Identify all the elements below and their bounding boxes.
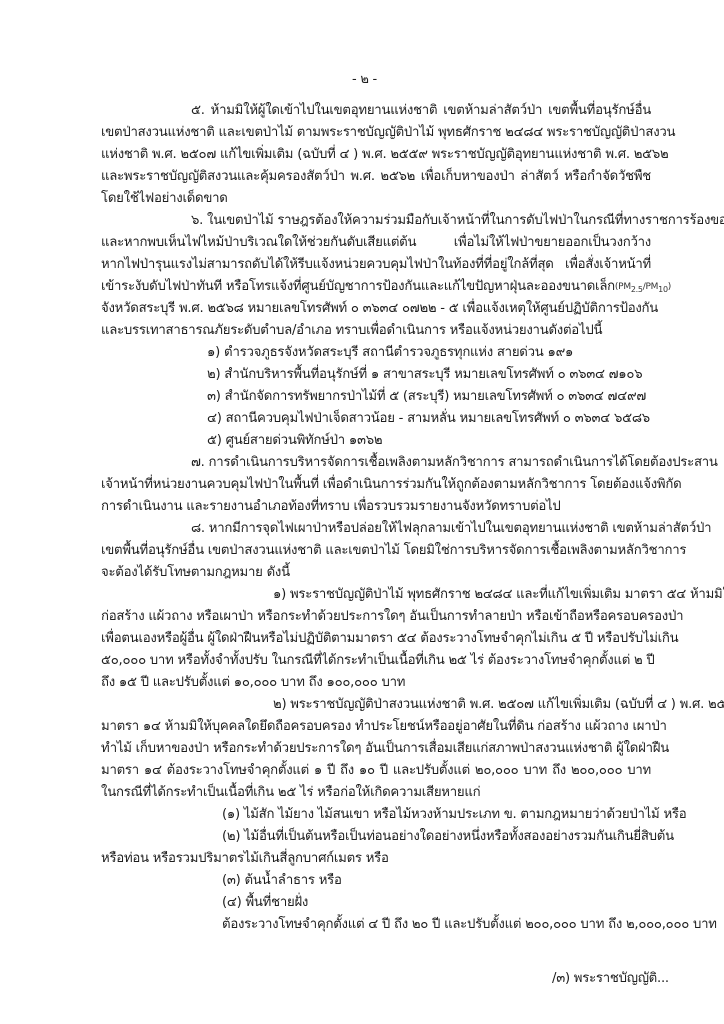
- law-2-line: ในกรณีที่ได้กระทำเป็นเนื้อที่เกิน ๒๕ ไร่…: [101, 783, 480, 803]
- pm-sub-a: 2.5: [631, 285, 643, 294]
- law-1-line: เพื่อตนเองหรือผู้อื่น ผู้ใดฝ่าฝืนหรือไม่…: [101, 629, 651, 649]
- law-2-line: ทำไม้ เก็บหาของป่า หรือกระทำด้วยประการใด…: [101, 739, 651, 759]
- paragraph-line: ๖. ในเขตป่าไม้ ราษฎรต้องให้ความร่วมมือกั…: [191, 211, 651, 231]
- contact-item: ๕) ศูนย์สายด่วนพิทักษ์ป่า ๑๓๖๒: [207, 431, 382, 451]
- paragraph-line: จะต้องได้รับโทษตามกฎหมาย ดังนี้: [101, 563, 290, 583]
- paragraph-line: การดำเนินงาน และรายงานอำเภอท้องที่ทราบ เ…: [101, 497, 561, 517]
- law-2-item: (๑) ไม้สัก ไม้ยาง ไม้สนเขา หรือไม้หวงห้า…: [222, 805, 686, 825]
- law-1-line: ๑) พระราชบัญญัติป่าไม้ พุทธศักราช ๒๔๘๔ แ…: [273, 585, 651, 605]
- law-2-line: มาตรา ๑๔ ต้องระวางโทษจำคุกตั้งแต่ ๑ ปี ถ…: [101, 761, 651, 781]
- law-2-penalty: ต้องระวางโทษจำคุกตั้งแต่ ๔ ปี ถึง ๒๐ ปี …: [222, 915, 717, 935]
- law-1-line: ก่อสร้าง แผ้วถาง หรือเผาป่า หรือกระทำด้ว…: [101, 607, 651, 627]
- paragraph-line: ๗. การดำเนินการบริหารจัดการเชื้อเพลิงตาม…: [191, 453, 651, 473]
- paragraph-line: แห่งชาติ พ.ศ. ๒๕๐๗ แก้ไขเพิ่มเติม (ฉบับท…: [101, 145, 651, 165]
- paragraph-line: และพระราชบัญญัติสงวนและคุ้มครองสัตว์ป่า …: [101, 167, 651, 187]
- law-2-item: (๔) พื้นที่ชายฝั่ง: [222, 893, 308, 913]
- paragraph-line: เข้าระงับดับไฟป่าทันที หรือโทรแจ้งที่ศูน…: [101, 277, 653, 300]
- paragraph-line-text: เข้าระงับดับไฟป่าทันที หรือโทรแจ้งที่ศูน…: [101, 277, 615, 300]
- paragraph-line: จังหวัดสระบุรี พ.ศ. ๒๕๖๘ หมายเลขโทรศัพท์…: [101, 299, 651, 319]
- contact-item: ๓) สำนักจัดการทรัพยากรป่าไม้ที่ ๕ (สระบุ…: [207, 387, 646, 407]
- paragraph-line: โดยใช้ไฟอย่างเด็ดขาด: [101, 189, 228, 209]
- paragraph-line: ๘. หากมีการจุดไฟเผาป่าหรือปล่อยให้ไฟลุกล…: [191, 519, 651, 539]
- pm-open: (PM: [615, 282, 631, 292]
- law-2-item: (๓) ต้นน้ำลำธาร หรือ: [222, 871, 342, 891]
- paragraph-line: เจ้าหน้าที่หน่วยงานควบคุมไฟป่าในพื้นที่ …: [101, 475, 651, 495]
- paragraph-line: และบรรเทาสาธารณภัยระดับตำบล/อำเภอ ทราบเพ…: [101, 321, 602, 341]
- pm-note: (PM2.5/PM10): [615, 277, 671, 300]
- contact-item: ๒) สำนักบริหารพื้นที่อนุรักษ์ที่ ๑ สาขาส…: [207, 365, 642, 385]
- continuation-note: /๓) พระราชบัญญัติ...: [552, 969, 669, 989]
- paragraph-line: และหากพบเห็นไฟไหม้ป่าบริเวณใดให้ช่วยกันด…: [101, 233, 651, 253]
- paragraph-line: เขตป่าสงวนแห่งชาติ และเขตป่าไม้ ตามพระรา…: [101, 123, 651, 143]
- paragraph-line: เขตพื้นที่อนุรักษ์อื่น เขตป่าสงวนแห่งชาต…: [101, 541, 651, 561]
- law-2-line: ๒) พระราชบัญญัติป่าสงวนแห่งชาติ พ.ศ. ๒๕๐…: [273, 695, 651, 715]
- pm-slash: /PM: [643, 282, 658, 292]
- law-1-line: ๕๐,๐๐๐ บาท หรือทั้งจำทั้งปรับ ในกรณีที่ไ…: [101, 651, 651, 671]
- law-2-item: หรือท่อน หรือรวมปริมาตรไม้เกินสี่ลูกบาศก…: [101, 849, 389, 869]
- pm-close: ): [668, 282, 671, 292]
- page-number: - ๒ -: [352, 70, 377, 90]
- law-2-line: มาตรา ๑๔ ห้ามมิให้บุคคลใดยึดถือครอบครอง …: [101, 717, 651, 737]
- contact-item: ๑) ตำรวจภูธรจังหวัดสระบุรี สถานีตำรวจภูธ…: [207, 343, 573, 363]
- paragraph-line: หากไฟป่ารุนแรงไม่สามารถดับได้ให้รีบแจ้งห…: [101, 255, 651, 275]
- document-page: - ๒ - ๕. ห้ามมิให้ผู้ใดเข้าไปในเขตอุทยาน…: [0, 0, 724, 1024]
- law-1-line: ถึง ๑๕ ปี และปรับตั้งแต่ ๑๐,๐๐๐ บาท ถึง …: [101, 673, 405, 693]
- pm-sub-b: 10: [658, 285, 668, 294]
- paragraph-line: ๕. ห้ามมิให้ผู้ใดเข้าไปในเขตอุทยานแห่งชา…: [191, 101, 651, 121]
- contact-item: ๔) สถานีควบคุมไฟป่าเจ็ดสาวน้อย - สามหลั่…: [207, 409, 650, 429]
- law-2-item: (๒) ไม้อื่นที่เป็นต้นหรือเป็นท่อนอย่างใด…: [222, 827, 660, 847]
